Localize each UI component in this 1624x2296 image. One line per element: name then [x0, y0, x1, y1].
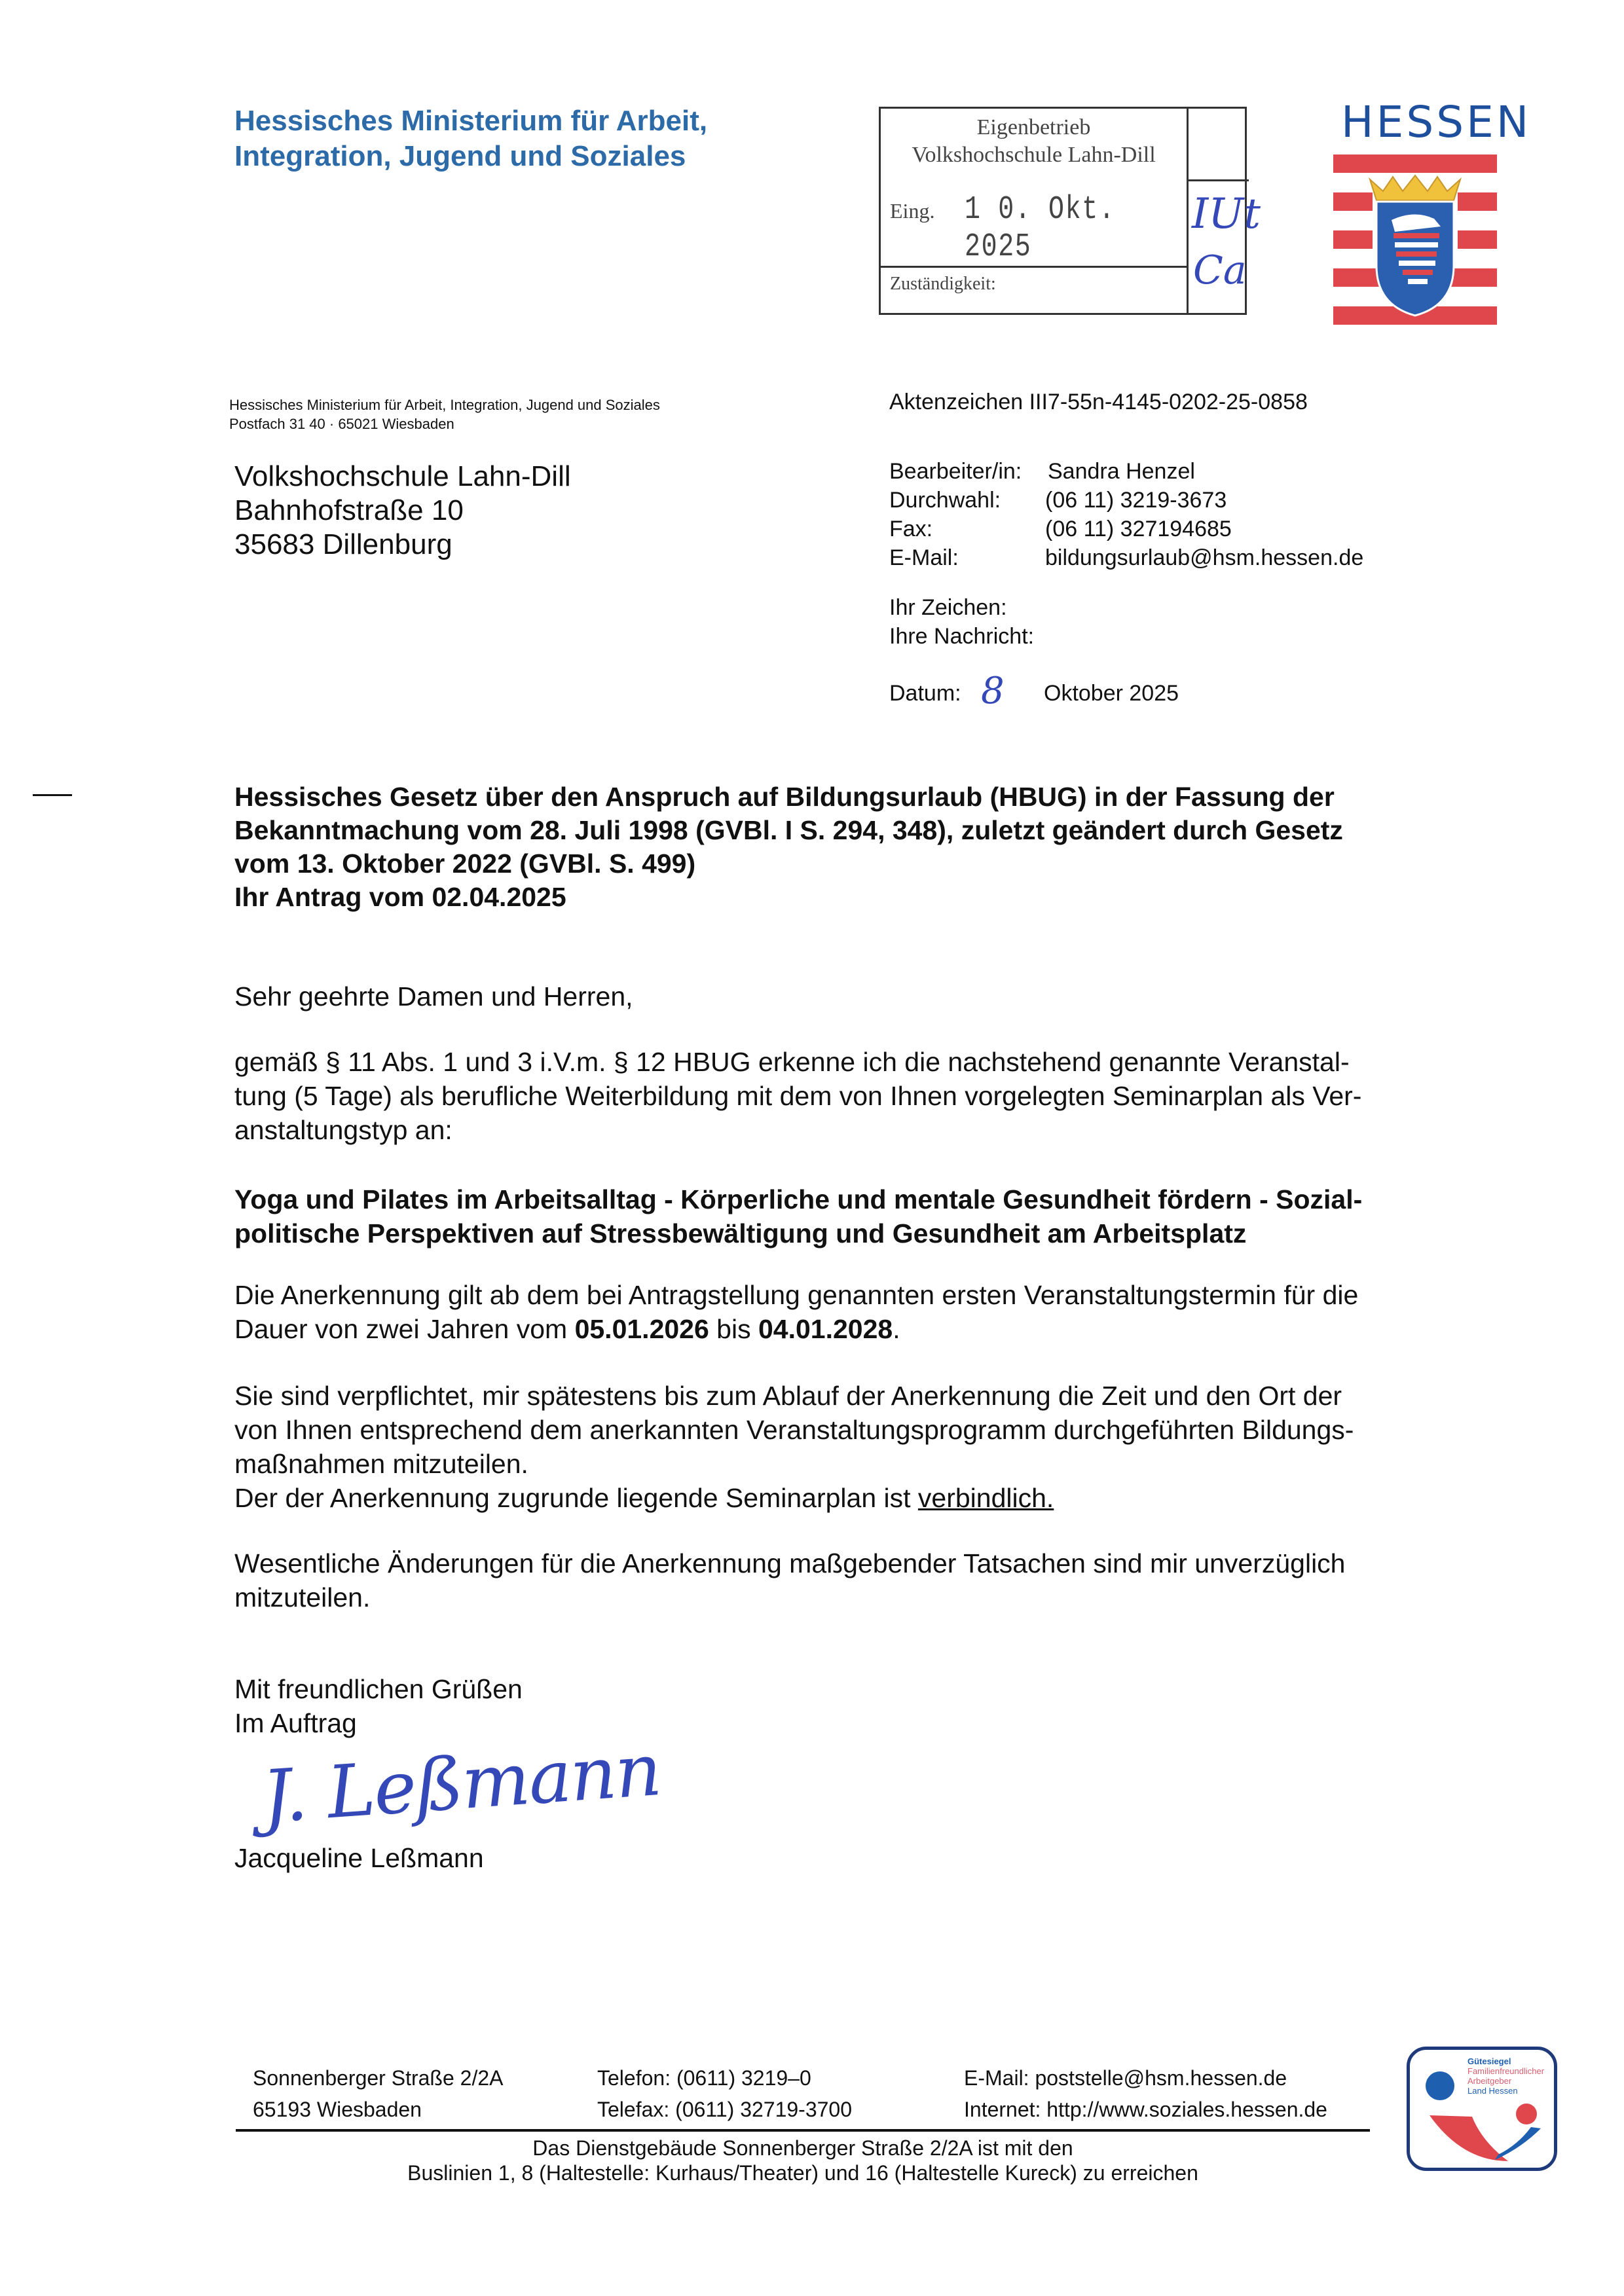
email-label: E-Mail:: [889, 543, 1045, 572]
validity-start-date: 05.01.2026: [575, 1314, 709, 1344]
stamp-zustaendigkeit-label: Zuständigkeit:: [890, 274, 996, 295]
closing-greeting: Mit freundlichen Grüßen: [234, 1672, 1479, 1706]
footer-city: 65193 Wiesbaden: [253, 2094, 503, 2125]
footer-transit-note: Das Dienstgebäude Sonnenberger Straße 2/…: [236, 2136, 1370, 2185]
footer-website[interactable]: Internet: http://www.soziales.hessen.de: [964, 2094, 1327, 2125]
p2-line1: Die Anerkennung gilt ab dem bei Antragst…: [234, 1278, 1479, 1312]
closing-block: Mit freundlichen Grüßen Im Auftrag: [234, 1672, 1479, 1740]
bearbeiter-value: Sandra Henzel: [1048, 459, 1195, 484]
ihr-zeichen-label: Ihr Zeichen:: [889, 593, 1034, 622]
datum-month-year: Oktober 2025: [1044, 681, 1179, 706]
validity-end-date: 04.01.2028: [758, 1314, 893, 1344]
course-title-line1: Yoga und Pilates im Arbeitsalltag - Körp…: [234, 1182, 1479, 1216]
p2-line2: Dauer von zwei Jahren vom 05.01.2026 bis…: [234, 1312, 1479, 1346]
recipient-city: 35683 Dillenburg: [234, 528, 571, 562]
stamp-eing-label: Eing.: [890, 199, 934, 223]
p3-line1: Sie sind verpflichtet, mir spätestens bi…: [234, 1379, 1479, 1413]
ministry-title-line1: Hessisches Ministerium für Arbeit,: [234, 103, 707, 139]
stamp-main-area: Eigenbetrieb Volkshochschule Lahn-Dill E…: [881, 109, 1189, 313]
p2-line2-text: Dauer von zwei Jahren vom: [234, 1314, 575, 1344]
reference-block: Ihr Zeichen: Ihre Nachricht:: [889, 593, 1034, 651]
stamp-divider: [881, 266, 1187, 268]
recipient-address: Volkshochschule Lahn-Dill Bahnhofstraße …: [234, 460, 571, 562]
stamp-side-divider: [1189, 179, 1249, 181]
contact-block: Bearbeiter/in:Sandra Henzel Durchwahl:(0…: [889, 457, 1363, 572]
footer-address: Sonnenberger Straße 2/2A 65193 Wiesbaden: [253, 2062, 503, 2125]
subject-line3: vom 13. Oktober 2022 (GVBl. S. 499): [234, 847, 1479, 881]
paragraph-obligations: Sie sind verpflichtet, mir spätestens bi…: [234, 1379, 1479, 1515]
footer-online: E-Mail: poststelle@hsm.hessen.de Interne…: [964, 2062, 1327, 2125]
handwritten-initials-1: IUt: [1192, 190, 1261, 238]
durchwahl-value: (06 11) 3219-3673: [1045, 488, 1227, 513]
seal-line2: Familienfreundlicher: [1467, 2066, 1544, 2076]
p1-line1: gemäß § 11 Abs. 1 und 3 i.V.m. § 12 HBUG…: [234, 1045, 1479, 1079]
seal-title: Gütesiegel: [1467, 2056, 1544, 2066]
footer-telefax: Telefax: (0611) 32719-3700: [597, 2094, 852, 2125]
seal-line4: Land Hessen: [1467, 2086, 1544, 2096]
p3-line4-text: Der der Anerkennung zugrunde liegende Se…: [234, 1483, 918, 1513]
recipient-street: Bahnhofstraße 10: [234, 494, 571, 528]
ihre-nachricht-label: Ihre Nachricht:: [889, 622, 1034, 651]
fax-value: (06 11) 327194685: [1045, 517, 1232, 541]
footer-telefon: Telefon: (0611) 3219–0: [597, 2062, 852, 2094]
closing-im-auftrag: Im Auftrag: [234, 1706, 1479, 1740]
subject-application-date: Ihr Antrag vom 02.04.2025: [234, 881, 1479, 914]
recipient-name: Volkshochschule Lahn-Dill: [234, 460, 571, 494]
p3-line4: Der der Anerkennung zugrunde liegende Se…: [234, 1481, 1479, 1515]
sender-line2: Postfach 31 40 · 65021 Wiesbaden: [229, 414, 660, 433]
p1-line3: anstaltungstyp an:: [234, 1113, 1479, 1147]
handwritten-initials-2: Ca: [1193, 247, 1247, 293]
sender-line1: Hessisches Ministerium für Arbeit, Integ…: [229, 395, 660, 414]
fax-label: Fax:: [889, 515, 1045, 543]
salutation: Sehr geehrte Damen und Herren,: [234, 979, 1479, 1013]
p4-line1: Wesentliche Änderungen für die Anerkennu…: [234, 1546, 1479, 1580]
p3-line3: maßnahmen mitzuteilen.: [234, 1447, 1479, 1481]
fold-mark: [33, 794, 72, 796]
footer-note-line1: Das Dienstgebäude Sonnenberger Straße 2/…: [236, 2136, 1370, 2160]
seal-text: Gütesiegel Familienfreundlicher Arbeitge…: [1467, 2056, 1544, 2096]
family-friendly-employer-seal: Gütesiegel Familienfreundlicher Arbeitge…: [1407, 2047, 1557, 2171]
datum-day-handwritten: 8: [981, 677, 1044, 706]
p2-mid-text: bis: [709, 1314, 758, 1344]
handwritten-signature: J. Leßmann: [259, 1728, 663, 1839]
footer-email[interactable]: E-Mail: poststelle@hsm.hessen.de: [964, 2062, 1327, 2094]
footer-street: Sonnenberger Straße 2/2A: [253, 2062, 503, 2094]
ministry-title-line2: Integration, Jugend und Soziales: [234, 139, 707, 174]
subject-line2: Bekanntmachung vom 28. Juli 1998 (GVBl. …: [234, 814, 1479, 847]
stamp-org-line2: Volkshochschule Lahn-Dill: [881, 143, 1187, 168]
footer-divider: [236, 2129, 1370, 2132]
hessen-logo-text: HESSEN: [1341, 97, 1531, 147]
p1-line2: tung (5 Tage) als berufliche Weiterbildu…: [234, 1079, 1479, 1113]
durchwahl-label: Durchwahl:: [889, 486, 1045, 515]
bearbeiter-label: Bearbeiter/in:: [889, 457, 1045, 486]
stamp-received-date: 1 0. Okt. 2025: [965, 191, 1142, 266]
paragraph-changes: Wesentliche Änderungen für die Anerkennu…: [234, 1546, 1479, 1614]
aktenzeichen: Aktenzeichen III7-55n-4145-0202-25-0858: [889, 388, 1308, 416]
hessen-coat-of-arms-icon: [1329, 155, 1500, 331]
datum-label: Datum:: [889, 679, 981, 708]
sender-return-address: Hessisches Ministerium für Arbeit, Integ…: [229, 395, 660, 433]
stamp-org-line1: Eigenbetrieb: [881, 115, 1187, 140]
binding-underlined-word: verbindlich.: [918, 1483, 1054, 1513]
date-line: Datum:8Oktober 2025: [889, 677, 1179, 708]
subject-block: Hessisches Gesetz über den Anspruch auf …: [234, 780, 1479, 914]
email-value[interactable]: bildungsurlaub@hsm.hessen.de: [1045, 545, 1363, 570]
subject-line1: Hessisches Gesetz über den Anspruch auf …: [234, 780, 1479, 814]
seal-line3: Arbeitgeber: [1467, 2076, 1544, 2086]
paragraph-validity: Die Anerkennung gilt ab dem bei Antragst…: [234, 1278, 1479, 1346]
signatory-name: Jacqueline Leßmann: [234, 1841, 1479, 1875]
p4-line2: mitzuteilen.: [234, 1580, 1479, 1614]
course-title-line2: politische Perspektiven auf Stressbewält…: [234, 1216, 1479, 1250]
p2-end: .: [893, 1314, 900, 1344]
p3-line2: von Ihnen entsprechend dem anerkannten V…: [234, 1413, 1479, 1447]
ministry-title: Hessisches Ministerium für Arbeit, Integ…: [234, 103, 707, 174]
paragraph-recognition: gemäß § 11 Abs. 1 und 3 i.V.m. § 12 HBUG…: [234, 1045, 1479, 1147]
footer-note-line2: Buslinien 1, 8 (Haltestelle: Kurhaus/The…: [236, 2160, 1370, 2185]
course-title: Yoga und Pilates im Arbeitsalltag - Körp…: [234, 1182, 1479, 1250]
footer-phone: Telefon: (0611) 3219–0 Telefax: (0611) 3…: [597, 2062, 852, 2125]
